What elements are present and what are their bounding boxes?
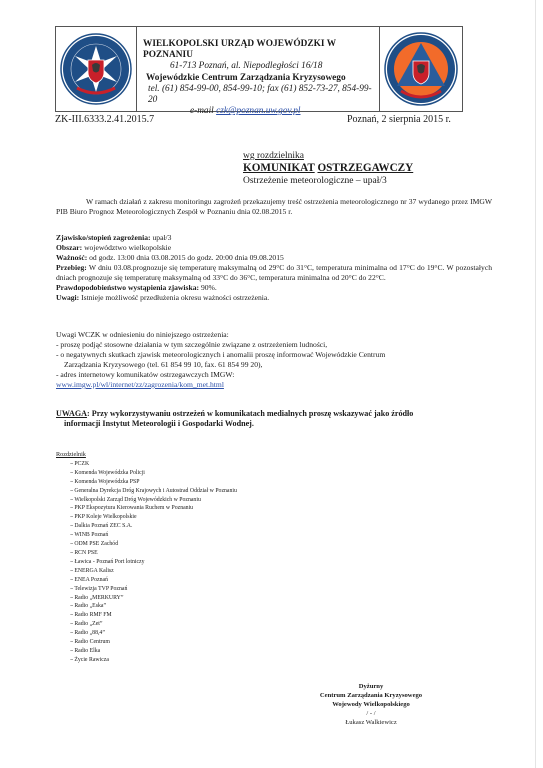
list-item: RCN PSE [70, 549, 237, 558]
remarks-heading: Uwagi WCZK w odniesieniu do niniejszego … [56, 330, 492, 340]
imgw-link[interactable]: www.imgw.pl/wl/internet/zz/zagrozenia/ko… [56, 380, 224, 389]
notice-continuation: informacji Instytut Meteorologii i Gospo… [56, 419, 492, 429]
list-item: Radio „88,4” [70, 629, 237, 638]
distribution-items: PCZK Komenda Wojewódzka Policji Komenda … [56, 460, 237, 665]
list-item: ENEA Poznań [70, 576, 237, 585]
validity-row: Ważność: od godz. 13:00 dnia 03.08.2015 … [56, 253, 492, 263]
organization-address: 61-713 Poznań, al. Niepodległości 16/18 [143, 61, 379, 72]
area-value: województwo wielkopolskie [84, 243, 171, 252]
intro-paragraph: W ramach działań z zakresu monitoringu z… [56, 197, 492, 217]
phenomenon-label: Zjawisko/stopień zagrożenia: [56, 233, 151, 242]
wczk-remarks: Uwagi WCZK w odniesieniu do niniejszego … [56, 330, 492, 390]
course-value: W dniu 03.08.prognozuje się temperaturę … [56, 263, 492, 282]
notes-value: Istnieje możliwość przedłużenia okresu w… [81, 293, 269, 302]
list-item: ODM PSE Zachód [70, 540, 237, 549]
media-notice: UWAGA: Przy wykorzystywaniu ostrzeżeń w … [56, 409, 492, 429]
center-name: Wojewódzkie Centrum Zarządzania Kryzysow… [143, 73, 379, 84]
list-item: Ławica - Poznań Port lotniczy [70, 558, 237, 567]
list-item: PKP Ekspozytura Kierowania Ruchem w Pozn… [70, 504, 237, 513]
distribution-list: Rozdzielnik PCZK Komenda Wojewódzka Poli… [56, 451, 237, 665]
signature-unit: Centrum Zarządzania Kryzysowego [296, 692, 446, 701]
list-item: Dalkia Poznań ZEC S.A. [70, 522, 237, 531]
place-date: Poznań, 2 sierpnia 2015 r. [347, 114, 451, 125]
list-item: Wielkopolski Zarząd Dróg Wojewódzkich w … [70, 496, 237, 505]
remark-item: - proszę podjąć stosowne działania w tym… [56, 340, 492, 350]
list-item: WINB Poznań [70, 531, 237, 540]
title-part-2: OSTRZEGAWCZY [317, 162, 413, 174]
distribution-heading: Rozdzielnik [56, 451, 237, 460]
validity-label: Ważność: [56, 253, 87, 262]
notice-line: UWAGA: Przy wykorzystywaniu ostrzeżeń w … [56, 409, 492, 419]
course-label: Przebieg: [56, 263, 87, 272]
list-item: Radio „Eska” [70, 602, 237, 611]
probability-row: Prawdopodobieństwo wystąpienia zjawiska:… [56, 283, 492, 293]
email-link[interactable]: czk@poznan.uw.gov.pl [216, 106, 300, 116]
wczk-emblem-icon [59, 32, 133, 106]
list-item: Życie Rawicza [70, 656, 237, 665]
notice-text: : Przy wykorzystywaniu ostrzeżeń w komun… [87, 409, 413, 418]
notice-label: UWAGA [56, 409, 87, 418]
title-block: wg rozdzielnika KOMUNIKAT OSTRZEGAWCZY O… [243, 150, 413, 187]
area-label: Obszar: [56, 243, 82, 252]
list-item: ENERGA Kalisz [70, 567, 237, 576]
organization-name: WIELKOPOLSKI URZĄD WOJEWÓDZKI W POZNANIU [143, 39, 379, 61]
course-row: Przebieg: W dniu 03.08.prognozuje się te… [56, 263, 492, 283]
notes-row: Uwagi: Istnieje możliwość przedłużenia o… [56, 293, 492, 303]
right-logo-cell [379, 27, 462, 111]
distribution-note: wg rozdzielnika [243, 150, 413, 162]
civil-defense-emblem-icon [383, 31, 459, 107]
warning-details: Zjawisko/stopień zagrożenia: upał/3 Obsz… [56, 233, 492, 303]
list-item: Radio RMF FM [70, 611, 237, 620]
left-logo-cell [56, 27, 137, 111]
validity-value: od godz. 13:00 dnia 03.08.2015 do godz. … [89, 253, 284, 262]
remark-item: - o negatywnych skutkach zjawisk meteoro… [56, 350, 492, 360]
email-line: e-mail czk@poznan.uw.gov.pl [143, 106, 379, 117]
list-item: Radio „Zet” [70, 620, 237, 629]
list-item: Radio Elka [70, 647, 237, 656]
document-subtitle: Ostrzeżenie meteorologiczne – upał/3 [243, 175, 413, 187]
list-item: PKP Koleje Wielkopolskie [70, 513, 237, 522]
phenomenon-value: upał/3 [152, 233, 171, 242]
list-item: Radio „MERKURY” [70, 594, 237, 603]
list-item: Radio Centrum [70, 638, 237, 647]
letterhead: WIELKOPOLSKI URZĄD WOJEWÓDZKI W POZNANIU… [55, 26, 463, 112]
list-item: Komenda Wojewódzka Policji [70, 469, 237, 478]
list-item: Generalna Dyrekcja Dróg Krajowych i Auto… [70, 487, 237, 496]
phone-fax: tel. (61) 854-99-00, 854-99-10; fax (61)… [143, 84, 379, 106]
page-edge [535, 0, 536, 768]
list-item: Telewizja TVP Poznań [70, 585, 237, 594]
title-part-1: KOMUNIKAT [243, 162, 315, 174]
probability-value: 90%. [201, 283, 217, 292]
letterhead-text: WIELKOPOLSKI URZĄD WOJEWÓDZKI W POZNANIU… [137, 27, 379, 111]
phenomenon-row: Zjawisko/stopień zagrożenia: upał/3 [56, 233, 492, 243]
list-item: PCZK [70, 460, 237, 469]
remark-item: - adres internetowy komunikatów ostrzega… [56, 370, 492, 380]
remark-item-continuation: Zarządzania Kryzysowego (tel. 61 854 99 … [56, 360, 492, 370]
signature-mark: / - / [296, 710, 446, 719]
list-item: Komenda Wojewódzka PSP [70, 478, 237, 487]
area-row: Obszar: województwo wielkopolskie [56, 243, 492, 253]
signature-office: Wojewody Wielkopolskiego [296, 701, 446, 710]
signatory-name: Łukasz Walkiewicz [296, 719, 446, 728]
probability-label: Prawdopodobieństwo wystąpienia zjawiska: [56, 283, 199, 292]
email-label: e-mail [190, 106, 214, 116]
signature-block: Dyżurny Centrum Zarządzania Kryzysowego … [296, 683, 446, 728]
notes-label: Uwagi: [56, 293, 79, 302]
signature-role: Dyżurny [296, 683, 446, 692]
reference-number: ZK-III.6333.2.41.2015.7 [55, 114, 154, 125]
document-title: KOMUNIKAT OSTRZEGAWCZY [243, 162, 413, 175]
